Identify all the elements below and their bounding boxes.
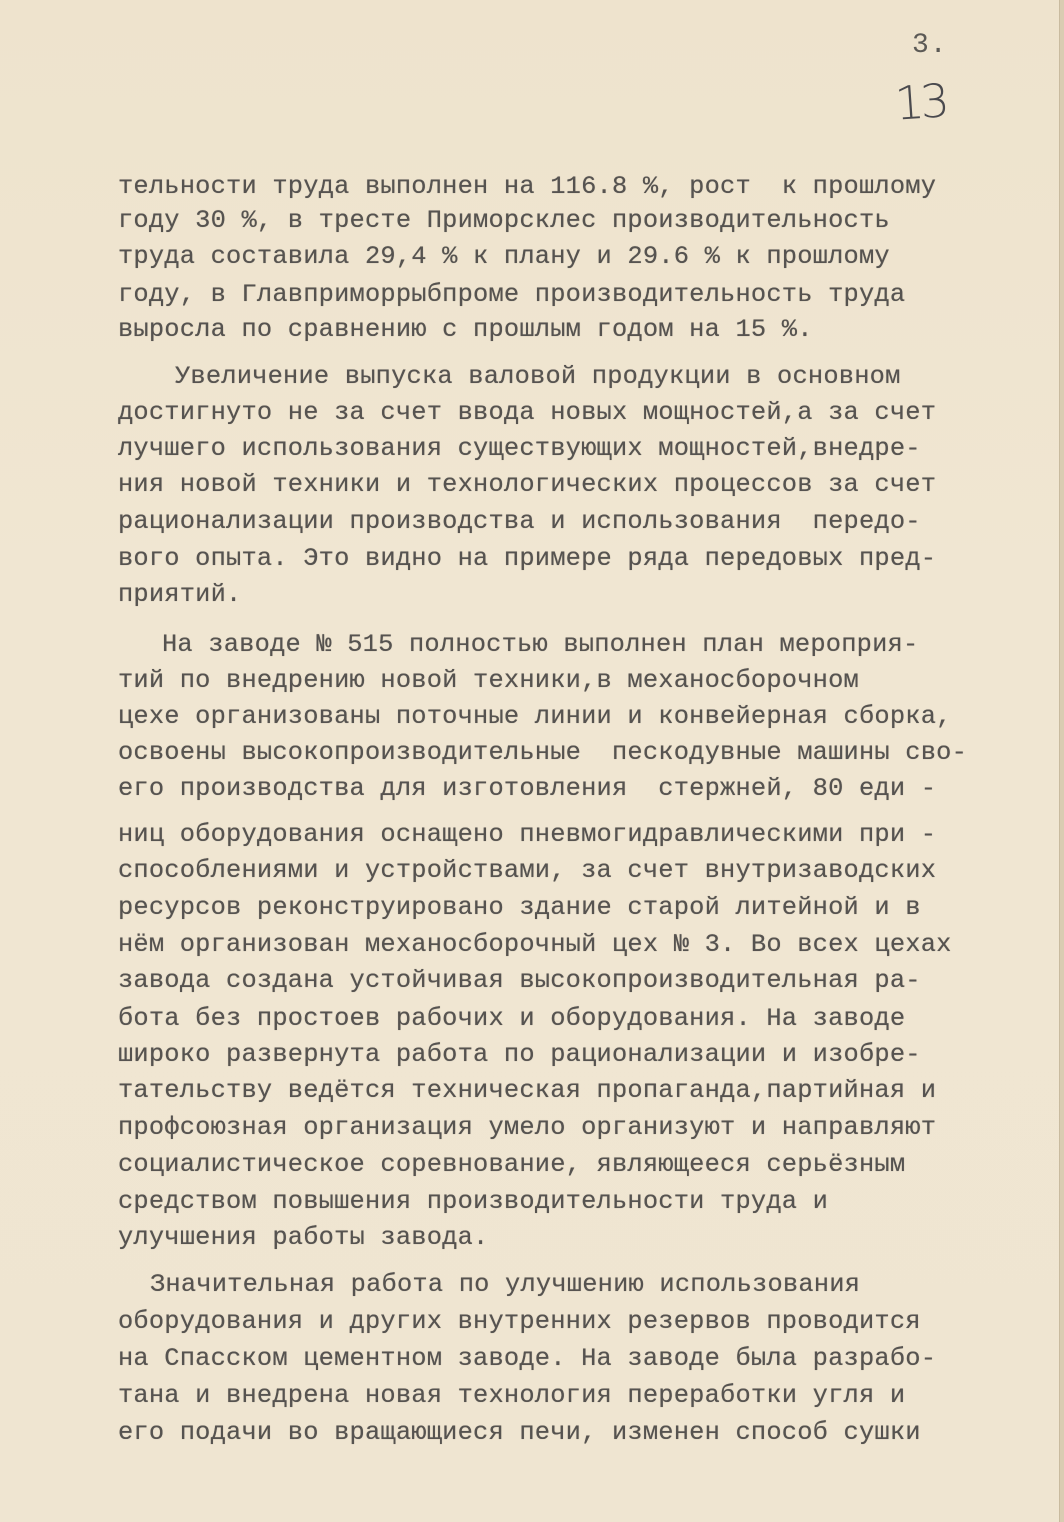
text-line: Значительная работа по улучшению использ… [150,1270,860,1299]
text-line: социалистическое соревнование, являющеес… [118,1150,905,1179]
text-line: труда составила 29,4 % к плану и 29.6 % … [118,242,890,271]
text-line: средством повышения производительности т… [118,1187,828,1216]
text-line: ния новой техники и технологических проц… [118,470,936,499]
text-line: нём организован механосборочный цех № 3.… [118,930,952,959]
text-line: тана и внедрена новая технология перераб… [118,1381,905,1410]
text-line: его подачи во вращающиеся печи, изменен … [118,1418,921,1447]
text-line: завода создана устойчивая высокопроизвод… [118,966,921,995]
text-line: году 30 %, в тресте Приморсклес производ… [118,206,890,235]
text-line: тательству ведётся техническая пропаганд… [118,1076,936,1105]
text-line: достигнуто не за счет ввода новых мощнос… [118,398,936,427]
handwritten-sheet-number: 13 [893,73,947,130]
text-line: Увеличение выпуска валовой продукции в о… [175,362,901,391]
text-line: улучшения работы завода. [118,1223,489,1252]
text-line: цехе организованы поточные линии и конве… [118,702,952,731]
text-line: На заводе № 515 полностью выполнен план … [162,630,918,659]
text-line: тий по внедрению новой техники,в механос… [118,666,859,695]
text-line: ниц оборудования оснащено пневмогидравли… [118,820,936,849]
text-line: способлениями и устройствами, за счет вн… [118,856,936,885]
text-line: профсоюзная организация умело организуют… [118,1113,936,1142]
text-line: на Спасском цементном заводе. На заводе … [118,1344,936,1373]
text-line: ресурсов реконструировано здание старой … [118,893,921,922]
text-line: его производства для изготовления стержн… [118,774,936,803]
text-line: широко развернута работа по рационализац… [118,1040,921,1069]
paper-edge [1059,0,1064,1522]
text-line: бота без простоев рабочих и оборудования… [118,1004,905,1033]
text-line: освоены высокопроизводительные пескодувн… [118,738,967,767]
text-line: вого опыта. Это видно на примере ряда пе… [118,544,936,573]
text-line: оборудования и других внутренних резерво… [118,1307,921,1336]
page-number: 3. [912,30,948,61]
text-line: тельности труда выполнен на 116.8 %, рос… [118,172,936,201]
text-line: выросла по сравнению с прошлым годом на … [118,315,813,344]
document-page: 3. 13 тельности труда выполнен на 116.8 … [0,0,1064,1522]
text-line: лучшего использования существующих мощно… [118,434,921,463]
text-line: приятий. [118,580,242,609]
text-line: рационализации производства и использова… [118,507,921,536]
text-line: году, в Главприморрыбпроме производитель… [118,280,905,309]
